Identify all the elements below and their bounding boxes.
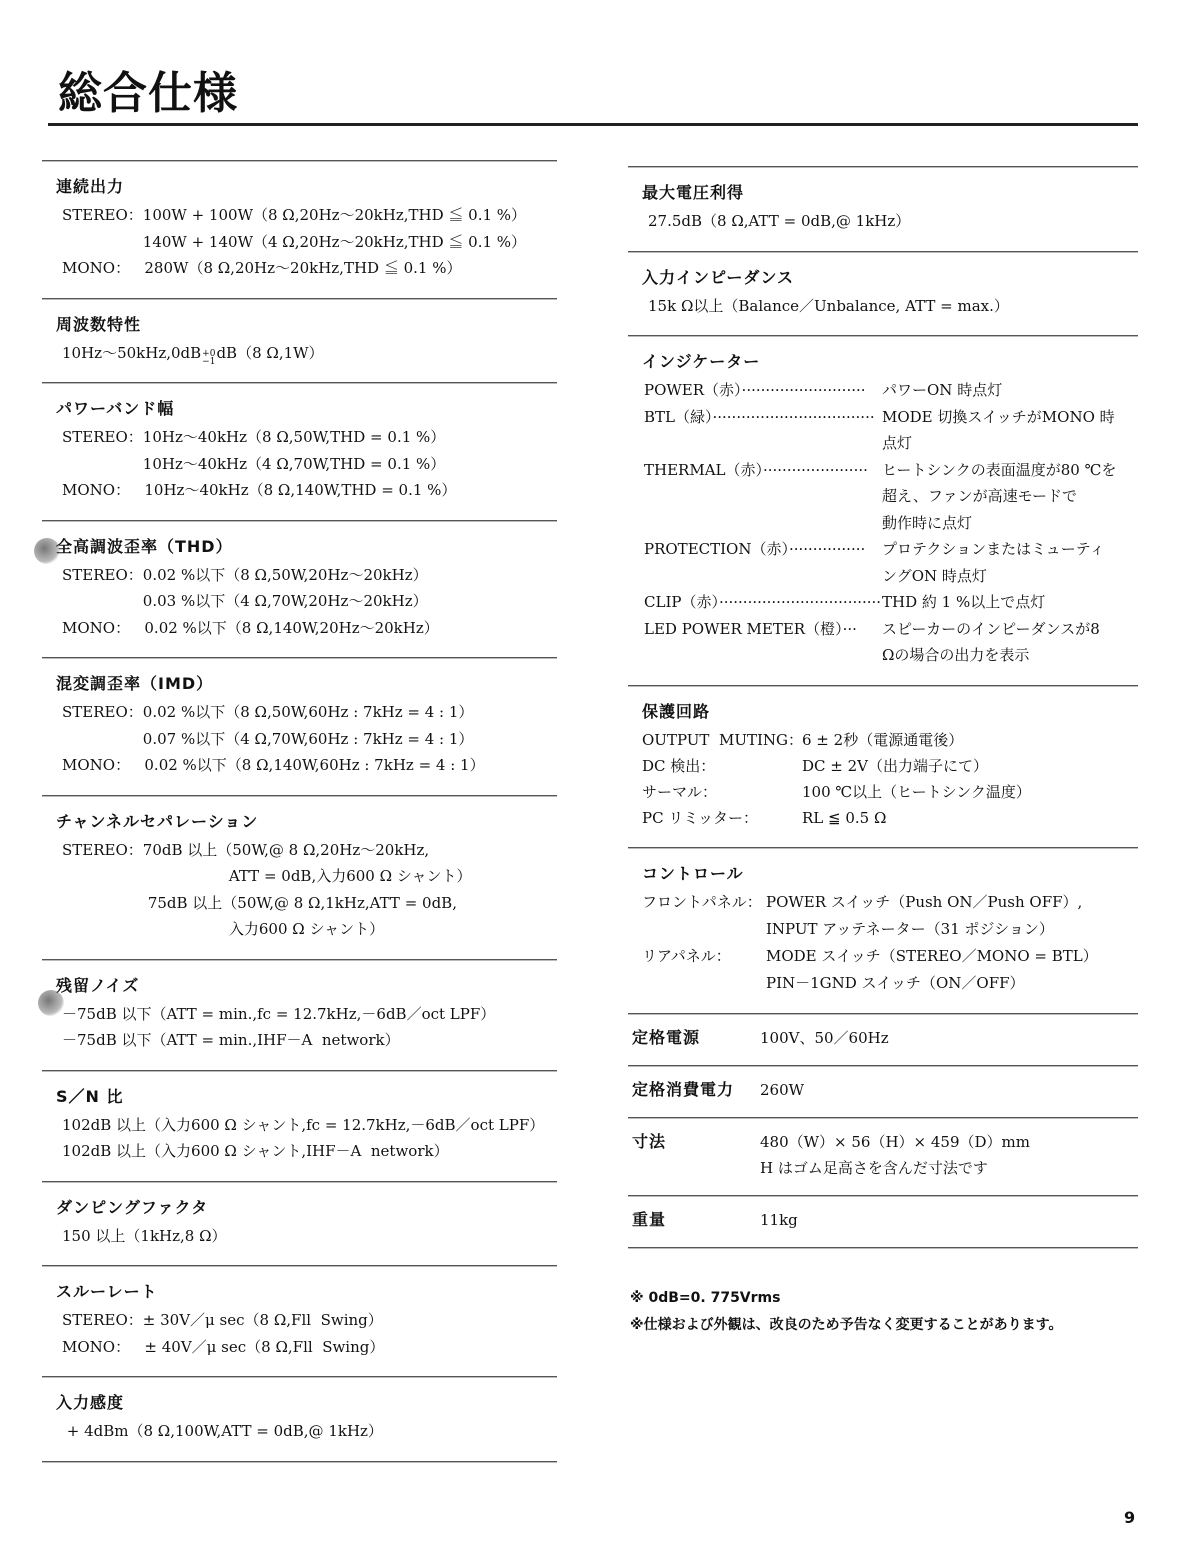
spec-row: MONO： 10Hz～40kHz（8 Ω,140W,THD = 0.1 %）: [62, 477, 557, 504]
section-title: インジケーター: [642, 350, 1138, 374]
spec-key: 寸法: [632, 1129, 760, 1181]
protection-value: DC ± 2V（出力端子にて）: [802, 753, 988, 779]
section-indicators: インジケーター POWER（赤）························…: [628, 337, 1138, 685]
spec-value: 10Hz～40kHz（8 Ω,140W,THD = 0.1 %）: [144, 477, 456, 504]
spec-label: STEREO：: [62, 699, 143, 752]
spec-value: + 4dBm（8 Ω,100W,ATT = 0dB,@ 1kHz）: [62, 1418, 557, 1445]
section-title: 入力インピーダンス: [642, 266, 1138, 290]
left-column: 連続出力 STEREO： 100W + 100W（8 Ω,20Hz～20kHz,…: [42, 160, 557, 1463]
spec-value: 100W + 100W（8 Ω,20Hz～20kHz,THD ≦ 0.1 %）: [143, 202, 526, 229]
indicator-row: THERMAL（赤）······················ ヒートシンクの…: [644, 457, 1138, 537]
protection-row: サーマル： 100 ℃以上（ヒートシンク温度）: [642, 779, 1138, 805]
spec-value: ATT = 0dB,入力600 Ω シャント）: [62, 863, 557, 890]
divider: [628, 1247, 1138, 1249]
spec-row: STEREO： 0.02 %以下（8 Ω,50W,60Hz : 7kHz = 4…: [62, 699, 557, 752]
indicator-desc: プロテクションまたはミューティ: [882, 536, 1105, 563]
indicator-label: POWER（赤）··························: [644, 377, 882, 404]
protection-value: RL ≦ 0.5 Ω: [802, 805, 886, 831]
indicator-desc: ングON 時点灯: [882, 563, 1105, 590]
section-controls: コントロール フロントパネル： POWER スイッチ（Push ON／Push …: [628, 849, 1138, 1013]
page-number: 9: [1124, 1508, 1135, 1527]
section-title: コントロール: [642, 862, 1138, 886]
spec-value: 27.5dB（8 Ω,ATT = 0dB,@ 1kHz）: [648, 208, 1138, 235]
indicator-label: LED POWER METER（橙）···: [644, 616, 882, 669]
spec-row: STEREO： ± 30V／μ sec（8 Ω,Fll Swing）: [62, 1307, 557, 1334]
indicator-label: CLIP（赤）·································…: [644, 589, 882, 616]
section-power-supply: 定格電源 100V、50／60Hz: [632, 1015, 1138, 1065]
section-weight: 重量 11kg: [632, 1197, 1138, 1247]
page-title: 総合仕様: [58, 66, 238, 122]
spec-row: STEREO： 10Hz～40kHz（8 Ω,50W,THD = 0.1 %） …: [62, 424, 557, 477]
section-dimensions: 寸法 480（W）× 56（H）× 459（D）mm H はゴム足高さを含んだ寸…: [632, 1119, 1138, 1195]
title-rule: [48, 123, 1138, 126]
section-power-bandwidth: パワーバンド幅 STEREO： 10Hz～40kHz（8 Ω,50W,THD =…: [42, 384, 557, 520]
indicator-row: POWER（赤）·························· パワーON…: [644, 377, 1138, 404]
spec-key: 定格電源: [632, 1025, 760, 1051]
spec-value: －75dB 以下（ATT = min.,IHF－A network）: [62, 1027, 557, 1054]
indicator-row: PROTECTION（赤）················ プロテクションまたは…: [644, 536, 1138, 589]
spec-value: ± 30V／μ sec（8 Ω,Fll Swing）: [143, 1307, 383, 1334]
spec-value: STEREO：70dB 以上（50W,@ 8 Ω,20Hz～20kHz,: [62, 837, 557, 864]
section-protection: 保護回路 OUTPUT MUTING： 6 ± 2秒（電源通電後） DC 検出：…: [628, 687, 1138, 847]
protection-label: DC 検出：: [642, 753, 802, 779]
section-title: 周波数特性: [56, 313, 557, 337]
section-title: スルーレート: [56, 1280, 557, 1304]
spec-value: 102dB 以上（入力600 Ω シャント,IHF－A network）: [62, 1138, 557, 1165]
spec-value: H はゴム足高さを含んだ寸法です: [760, 1155, 1030, 1181]
control-value: PIN－1GND スイッチ（ON／OFF）: [766, 970, 1098, 997]
spec-value: 入力600 Ω シャント）: [62, 916, 557, 943]
spec-value: 0.02 %以下（8 Ω,50W,20Hz～20kHz）: [143, 562, 428, 589]
spec-value: －75dB 以下（ATT = min.,fc = 12.7kHz,－6dB／oc…: [62, 1001, 557, 1028]
spec-value: 100V、50／60Hz: [760, 1025, 889, 1051]
spec-value: 0.02 %以下（8 Ω,140W,60Hz : 7kHz = 4 : 1）: [144, 752, 484, 779]
spec-row: STEREO： 0.02 %以下（8 Ω,50W,20Hz～20kHz） 0.0…: [62, 562, 557, 615]
spec-row: MONO： 0.02 %以下（8 Ω,140W,20Hz～20kHz）: [62, 615, 557, 642]
indicator-desc: Ωの場合の出力を表示: [882, 642, 1100, 669]
section-title: 残留ノイズ: [56, 974, 557, 998]
spec-label: MONO：: [62, 1334, 144, 1361]
indicator-desc: 超え、ファンが高速モードで: [882, 483, 1116, 510]
section-title: 最大電圧利得: [642, 181, 1138, 205]
spec-key: 重量: [632, 1207, 760, 1233]
section-title: チャンネルセパレーション: [56, 810, 557, 834]
section-thd: 全高調波歪率（THD） STEREO： 0.02 %以下（8 Ω,50W,20H…: [42, 522, 557, 658]
spec-label: STEREO：: [62, 1307, 143, 1334]
spec-row: MONO： ± 40V／μ sec（8 Ω,Fll Swing）: [62, 1334, 557, 1361]
spec-row: STEREO： 100W + 100W（8 Ω,20Hz～20kHz,THD ≦…: [62, 202, 557, 255]
spec-value: 15k Ω以上（Balance／Unbalance, ATT = max.）: [648, 293, 1138, 320]
section-damping-factor: ダンピングファクタ 150 以上（1kHz,8 Ω）: [42, 1183, 557, 1266]
spec-value: 280W（8 Ω,20Hz～20kHz,THD ≦ 0.1 %）: [144, 255, 461, 282]
spec-value: 260W: [760, 1077, 804, 1103]
spec-value: 102dB 以上（入力600 Ω シャント,fc = 12.7kHz,－6dB／…: [62, 1112, 557, 1139]
spec-label: STEREO：: [62, 202, 143, 255]
footnotes: ※ 0dB=0. 775Vrms ※仕様および外観は、改良のため予告なく変更する…: [630, 1285, 1138, 1339]
protection-row: OUTPUT MUTING： 6 ± 2秒（電源通電後）: [642, 727, 1138, 753]
spec-value: ± 40V／μ sec（8 Ω,Fll Swing）: [144, 1334, 384, 1361]
section-sn-ratio: S／N 比 102dB 以上（入力600 Ω シャント,fc = 12.7kHz…: [42, 1072, 557, 1181]
spec-label: MONO：: [62, 477, 144, 504]
spec-value: 10Hz～40kHz（8 Ω,50W,THD = 0.1 %）: [143, 424, 446, 451]
protection-label: OUTPUT MUTING：: [642, 727, 802, 753]
spec-value: 0.02 %以下（8 Ω,50W,60Hz : 7kHz = 4 : 1）: [143, 699, 474, 726]
indicator-desc: パワーON 時点灯: [882, 377, 1002, 404]
protection-row: DC 検出： DC ± 2V（出力端子にて）: [642, 753, 1138, 779]
spec-value: 0.07 %以下（4 Ω,70W,60Hz : 7kHz = 4 : 1）: [143, 726, 474, 753]
footnote: ※仕様および外観は、改良のため予告なく変更することがあります。: [630, 1312, 1138, 1339]
section-title: 入力感度: [56, 1391, 557, 1415]
section-continuous-output: 連続出力 STEREO： 100W + 100W（8 Ω,20Hz～20kHz,…: [42, 162, 557, 298]
spec-value: 10Hz～40kHz（4 Ω,70W,THD = 0.1 %）: [143, 451, 446, 478]
control-label: リアパネル：: [642, 943, 766, 997]
indicator-desc: THD 約 1 %以上で点灯: [882, 589, 1045, 616]
section-slew-rate: スルーレート STEREO： ± 30V／μ sec（8 Ω,Fll Swing…: [42, 1267, 557, 1376]
spec-value: 0.02 %以下（8 Ω,140W,20Hz～20kHz）: [144, 615, 438, 642]
spec-value: 75dB 以上（50W,@ 8 Ω,1kHz,ATT = 0dB,: [62, 890, 557, 917]
indicator-row: CLIP（赤）·································…: [644, 589, 1138, 616]
spec-value: 10Hz～50kHz,0dB+0−1dB（8 Ω,1W）: [62, 340, 557, 367]
spec-label: STEREO：: [62, 424, 143, 477]
protection-row: PC リミッター： RL ≦ 0.5 Ω: [642, 805, 1138, 831]
spec-label: MONO：: [62, 752, 144, 779]
indicator-desc: スピーカーのインピーダンスが8: [882, 616, 1100, 643]
section-title: 全高調波歪率（THD）: [56, 535, 557, 559]
protection-label: PC リミッター：: [642, 805, 802, 831]
indicator-label: PROTECTION（赤）················: [644, 536, 882, 589]
protection-value: 100 ℃以上（ヒートシンク温度）: [802, 779, 1031, 805]
section-channel-separation: チャンネルセパレーション STEREO：70dB 以上（50W,@ 8 Ω,20…: [42, 797, 557, 959]
control-value: INPUT アッテネーター（31 ポジション）: [766, 916, 1082, 943]
protection-label: サーマル：: [642, 779, 802, 805]
footnote: ※ 0dB=0. 775Vrms: [630, 1285, 1138, 1312]
indicator-desc: MODE 切換スイッチがMONO 時: [882, 404, 1115, 431]
control-label: フロントパネル：: [642, 889, 766, 943]
section-imd: 混変調歪率（IMD） STEREO： 0.02 %以下（8 Ω,50W,60Hz…: [42, 659, 557, 795]
section-title: パワーバンド幅: [56, 397, 557, 421]
indicator-desc: ヒートシンクの表面温度が80 ℃を: [882, 457, 1116, 484]
spec-label: STEREO：: [62, 562, 143, 615]
section-residual-noise: 残留ノイズ －75dB 以下（ATT = min.,fc = 12.7kHz,－…: [42, 961, 557, 1070]
spec-row: MONO： 0.02 %以下（8 Ω,140W,60Hz : 7kHz = 4 …: [62, 752, 557, 779]
control-value: MODE スイッチ（STEREO／MONO = BTL）: [766, 943, 1098, 970]
section-max-voltage-gain: 最大電圧利得 27.5dB（8 Ω,ATT = 0dB,@ 1kHz）: [628, 168, 1138, 251]
indicator-label: THERMAL（赤）······················: [644, 457, 882, 537]
section-title: 混変調歪率（IMD）: [56, 672, 557, 696]
spec-value: 0.03 %以下（4 Ω,70W,20Hz～20kHz）: [143, 588, 428, 615]
spec-row: MONO： 280W（8 Ω,20Hz～20kHz,THD ≦ 0.1 %）: [62, 255, 557, 282]
control-row: フロントパネル： POWER スイッチ（Push ON／Push OFF）, I…: [642, 889, 1138, 943]
right-column: 最大電圧利得 27.5dB（8 Ω,ATT = 0dB,@ 1kHz） 入力イン…: [628, 166, 1138, 1339]
section-input-sensitivity: 入力感度 + 4dBm（8 Ω,100W,ATT = 0dB,@ 1kHz）: [42, 1378, 557, 1461]
control-value: POWER スイッチ（Push ON／Push OFF）,: [766, 889, 1082, 916]
section-title: 連続出力: [56, 175, 557, 199]
indicator-desc: 点灯: [882, 430, 1115, 457]
indicator-desc: 動作時に点灯: [882, 510, 1116, 537]
indicator-label: BTL（緑）··································: [644, 404, 882, 457]
protection-value: 6 ± 2秒（電源通電後）: [802, 727, 963, 753]
indicator-row: BTL（緑）··································…: [644, 404, 1138, 457]
spec-label: MONO：: [62, 615, 144, 642]
section-title: ダンピングファクタ: [56, 1196, 557, 1220]
section-title: S／N 比: [56, 1085, 557, 1109]
tolerance: +0−1: [202, 350, 215, 366]
section-frequency-response: 周波数特性 10Hz～50kHz,0dB+0−1dB（8 Ω,1W）: [42, 300, 557, 383]
spec-label: MONO：: [62, 255, 144, 282]
section-power-consumption: 定格消費電力 260W: [632, 1067, 1138, 1117]
spec-value: 140W + 140W（4 Ω,20Hz～20kHz,THD ≦ 0.1 %）: [143, 229, 526, 256]
control-row: リアパネル： MODE スイッチ（STEREO／MONO = BTL） PIN－…: [642, 943, 1138, 997]
spec-value: 480（W）× 56（H）× 459（D）mm: [760, 1129, 1030, 1155]
section-title: 保護回路: [642, 700, 1138, 724]
spec-key: 定格消費電力: [632, 1077, 760, 1103]
indicator-row: LED POWER METER（橙）··· スピーカーのインピーダンスが8 Ωの…: [644, 616, 1138, 669]
section-input-impedance: 入力インピーダンス 15k Ω以上（Balance／Unbalance, ATT…: [628, 253, 1138, 336]
spec-value: 11kg: [760, 1207, 798, 1233]
spec-value: 150 以上（1kHz,8 Ω）: [62, 1223, 557, 1250]
divider: [42, 1461, 557, 1463]
